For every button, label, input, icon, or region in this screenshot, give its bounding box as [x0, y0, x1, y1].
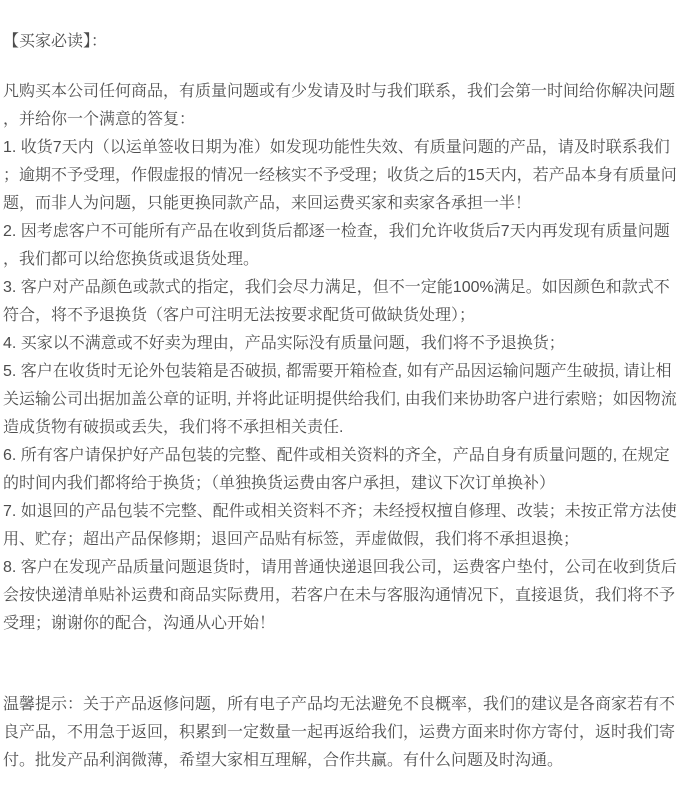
buyer-notice-page: 【买家必读】： 凡购买本公司任何商品，有质量问题或有少发请及时与我们联系，我们会… [0, 0, 680, 799]
notice-title: 【买家必读】： [3, 28, 678, 56]
notice-term-1: 1. 收货7天内（以运单签收日期为准）如发现功能性失效、有质量问题的产品，请及时… [3, 134, 678, 218]
notice-body: 凡购买本公司任何商品，有质量问题或有少发请及时与我们联系，我们会第一时间给你解决… [3, 78, 678, 638]
notice-term-8: 8. 客户在发现产品质量问题退货时，请用普通快递退回我公司，运费客户垫付，公司在… [3, 554, 678, 638]
notice-intro: 凡购买本公司任何商品，有质量问题或有少发请及时与我们联系，我们会第一时间给你解决… [3, 78, 678, 134]
notice-term-2: 2. 因考虑客户不可能所有产品在收到货后都逐一检查，我们允许收货后7天内再发现有… [3, 218, 678, 274]
warm-tip-note: 温馨提示：关于产品返修问题，所有电子产品均无法避免不良概率，我们的建议是各商家若… [3, 691, 678, 775]
notice-term-5: 5. 客户在收货时无论外包装箱是否破损, 都需要开箱检查, 如有产品因运输问题产… [3, 358, 678, 442]
notice-term-4: 4. 买家以不满意或不好卖为理由，产品实际没有质量问题，我们将不予退换货； [3, 330, 678, 358]
notice-term-7: 7. 如退回的产品包装不完整、配件或相关资料不齐；未经授权擅自修理、改装；未按正… [3, 498, 678, 554]
notice-term-3: 3. 客户对产品颜色或款式的指定，我们会尽力满足，但不一定能100%满足。如因颜… [3, 274, 678, 330]
notice-term-6: 6. 所有客户请保护好产品包装的完整、配件或相关资料的齐全，产品自身有质量问题的… [3, 442, 678, 498]
